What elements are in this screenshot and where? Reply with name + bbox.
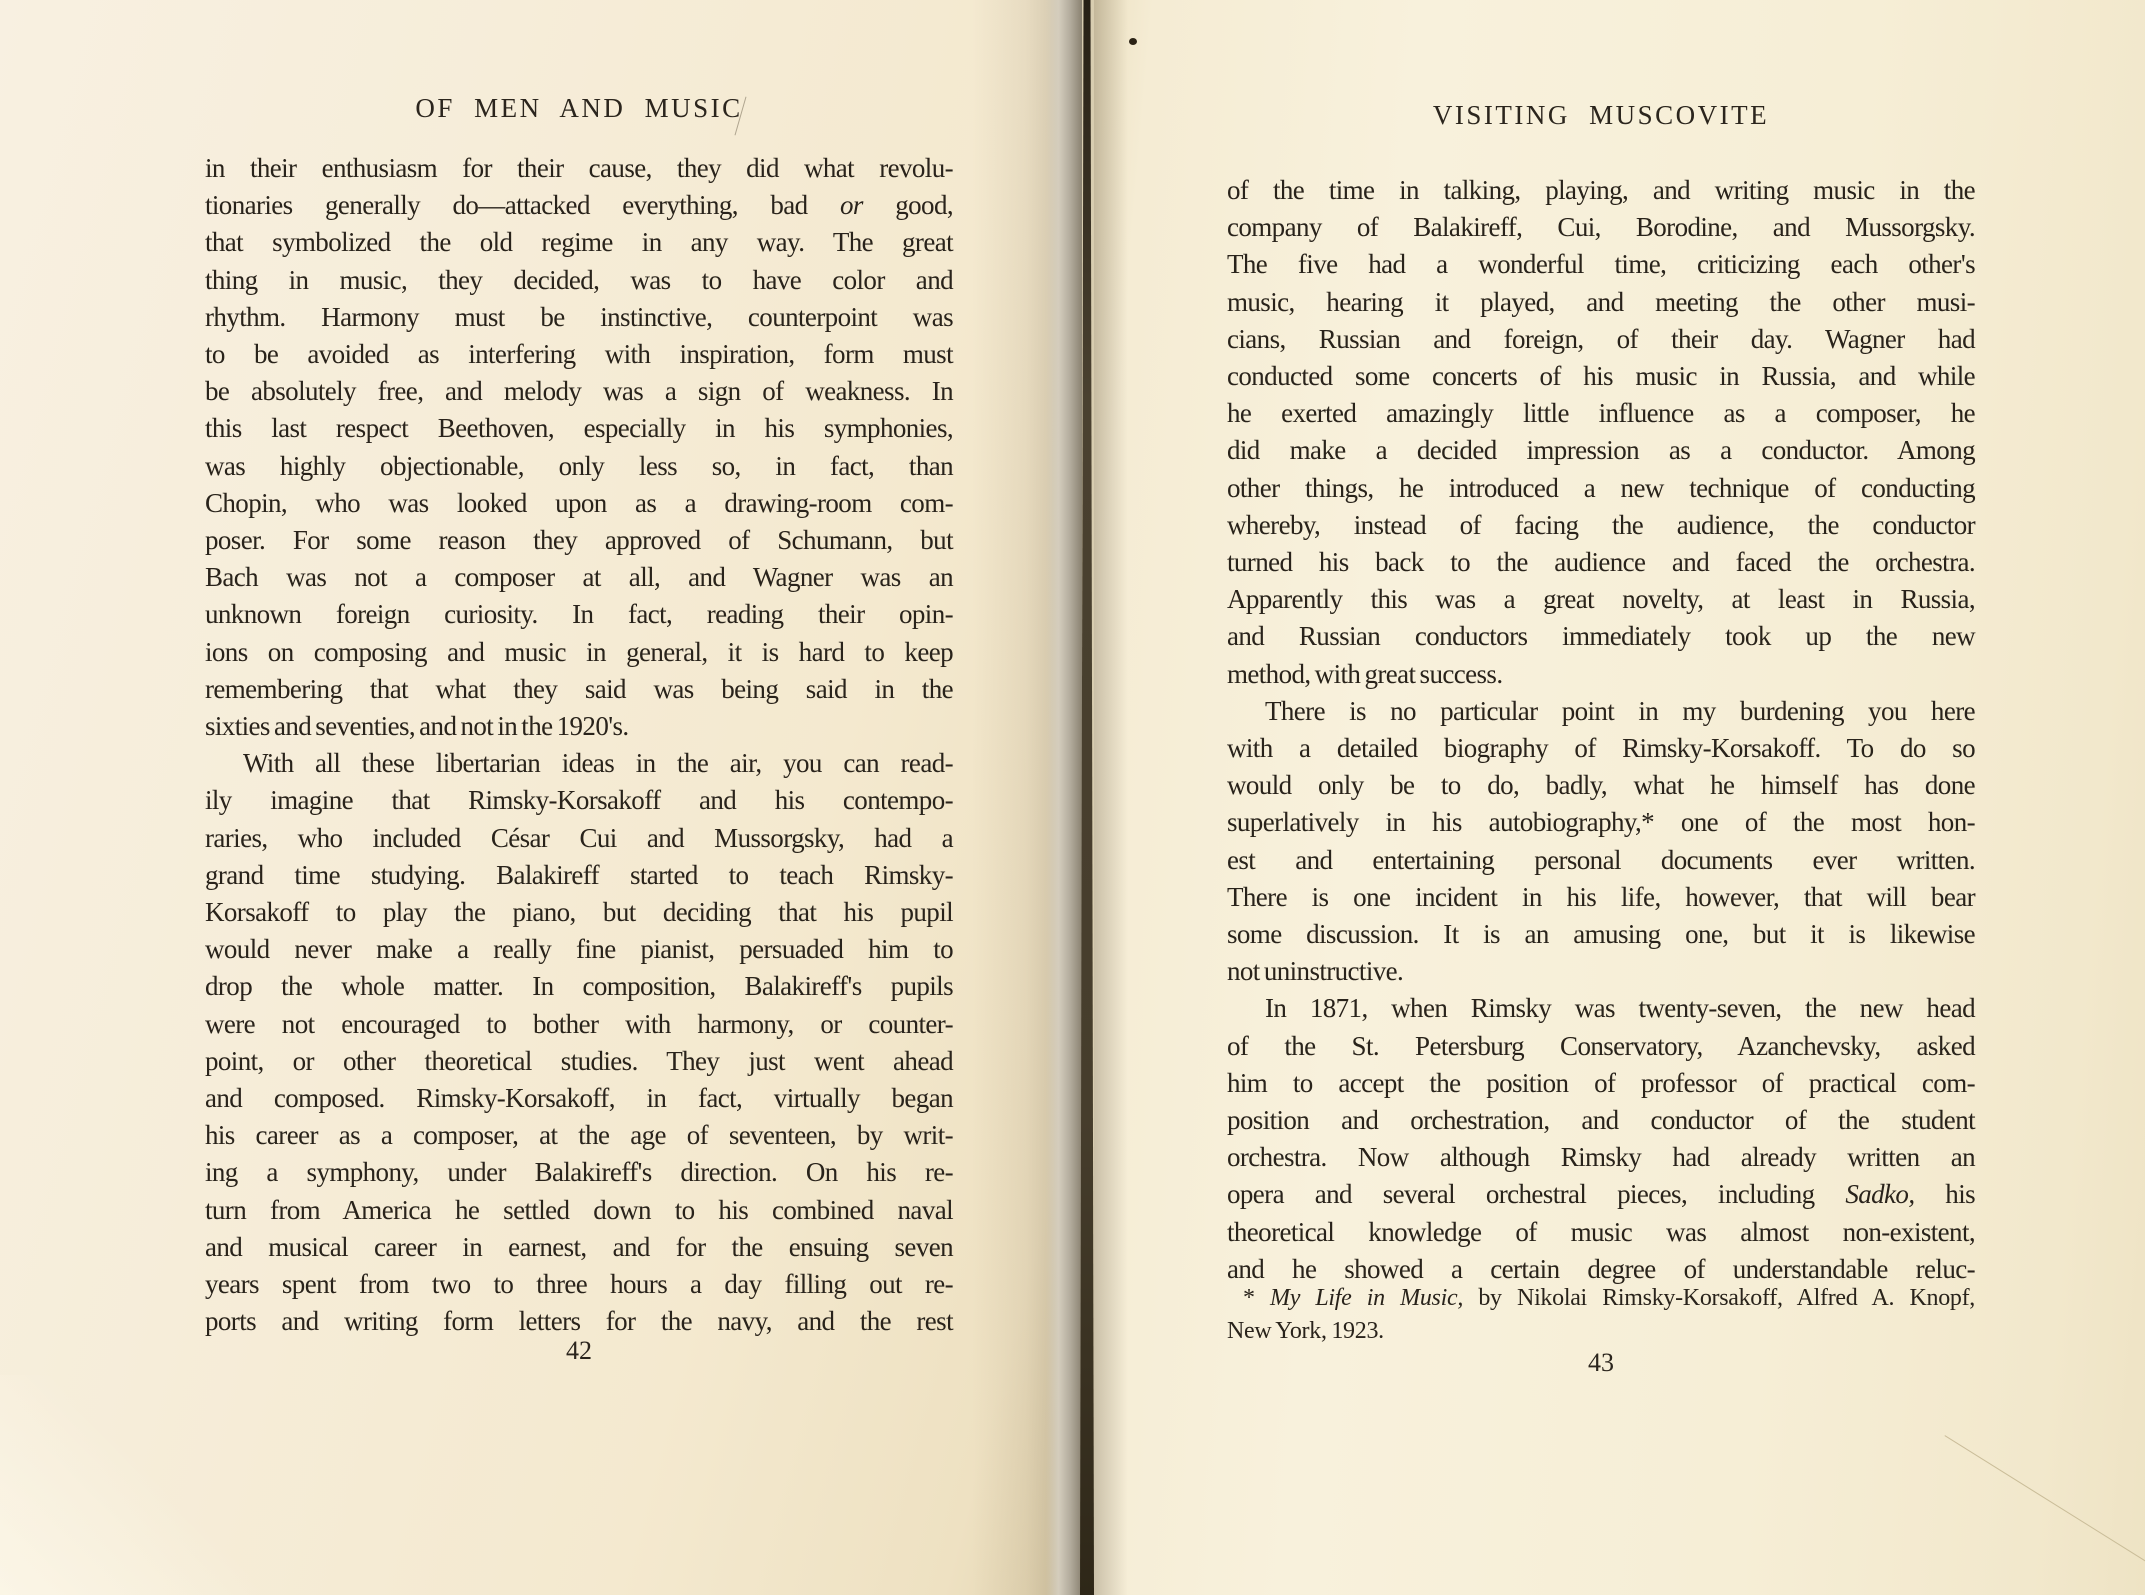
text-line: There is one incident in his life, howev… xyxy=(1227,879,1975,916)
text-line: opera and several orchestral pieces, inc… xyxy=(1227,1176,1975,1213)
book-spine-shadow xyxy=(1080,0,1094,1595)
text-line: unknown foreign curiosity. In fact, read… xyxy=(205,596,953,633)
text-line: orchestra. Now although Rimsky had alrea… xyxy=(1227,1139,1975,1176)
text-line: were not encouraged to bother with harmo… xyxy=(205,1006,953,1043)
text-line: this last respect Beethoven, especially … xyxy=(205,410,953,447)
footnote: * My Life in Music, by Nikolai Rimsky-Ko… xyxy=(1227,1282,1975,1348)
left-page-text: in their enthusiasm for their cause, the… xyxy=(205,150,953,1341)
left-page-number: 42 xyxy=(205,1336,953,1366)
text-line: grand time studying. Balakireff started … xyxy=(205,857,953,894)
text-line: method, with great success. xyxy=(1227,656,1975,693)
text-line: cians, Russian and foreign, of their day… xyxy=(1227,321,1975,358)
left-running-header: OF MEN AND MUSIC xyxy=(205,93,953,124)
text-line: not uninstructive. xyxy=(1227,953,1975,990)
text-line: his career as a composer, at the age of … xyxy=(205,1117,953,1154)
text-line: of the time in talking, playing, and wri… xyxy=(1227,172,1975,209)
right-running-header: VISITING MUSCOVITE xyxy=(1227,100,1975,131)
right-page-number: 43 xyxy=(1227,1348,1975,1378)
text-line: ions on composing and music in general, … xyxy=(205,634,953,671)
text-line: thing in music, they decided, was to hav… xyxy=(205,262,953,299)
text-line: rhythm. Harmony must be instinctive, cou… xyxy=(205,299,953,336)
text-line: that symbolized the old regime in any wa… xyxy=(205,224,953,261)
text-line: point, or other theoretical studies. The… xyxy=(205,1043,953,1080)
text-line: conducted some concerts of his music in … xyxy=(1227,358,1975,395)
text-line: theoretical knowledge of music was almos… xyxy=(1227,1214,1975,1251)
text-line: remembering that what they said was bein… xyxy=(205,671,953,708)
book-spread: OF MEN AND MUSIC in their enthusiasm for… xyxy=(0,0,2145,1595)
text-line: drop the whole matter. In composition, B… xyxy=(205,968,953,1005)
text-line: music, hearing it played, and meeting th… xyxy=(1227,284,1975,321)
text-line: whereby, instead of facing the audience,… xyxy=(1227,507,1975,544)
text-line: would only be to do, badly, what he hims… xyxy=(1227,767,1975,804)
text-line: company of Balakireff, Cui, Borodine, an… xyxy=(1227,209,1975,246)
text-line: him to accept the position of professor … xyxy=(1227,1065,1975,1102)
text-line: raries, who included César Cui and Musso… xyxy=(205,820,953,857)
text-line: There is no particular point in my burde… xyxy=(1227,693,1975,730)
text-line: position and orchestration, and conducto… xyxy=(1227,1102,1975,1139)
text-line: poser. For some reason they approved of … xyxy=(205,522,953,559)
text-line: did make a decided impression as a condu… xyxy=(1227,432,1975,469)
text-line: in their enthusiasm for their cause, the… xyxy=(205,150,953,187)
page-edge-deckle xyxy=(1046,0,1082,1595)
text-line: Bach was not a composer at all, and Wagn… xyxy=(205,559,953,596)
text-line: With all these libertarian ideas in the … xyxy=(205,745,953,782)
text-line: was highly objectionable, only less so, … xyxy=(205,448,953,485)
text-line: The five had a wonderful time, criticizi… xyxy=(1227,246,1975,283)
text-line: * My Life in Music, by Nikolai Rimsky-Ko… xyxy=(1227,1282,1975,1315)
text-line: and musical career in earnest, and for t… xyxy=(205,1229,953,1266)
text-line: tionaries generally do—attacked everythi… xyxy=(205,187,953,224)
text-line: est and entertaining personal documents … xyxy=(1227,842,1975,879)
text-line: ing a symphony, under Balakireff's direc… xyxy=(205,1154,953,1191)
text-line: New York, 1923. xyxy=(1227,1315,1975,1348)
text-line: some discussion. It is an amusing one, b… xyxy=(1227,916,1975,953)
text-line: of the St. Petersburg Conservatory, Azan… xyxy=(1227,1028,1975,1065)
text-line: In 1871, when Rimsky was twenty-seven, t… xyxy=(1227,990,1975,1027)
text-line: with a detailed biography of Rimsky-Kors… xyxy=(1227,730,1975,767)
text-line: ports and writing form letters for the n… xyxy=(205,1303,953,1340)
text-line: ily imagine that Rimsky-Korsakoff and hi… xyxy=(205,782,953,819)
ink-speck xyxy=(1129,38,1137,45)
text-line: sixties and seventies, and not in the 19… xyxy=(205,708,953,745)
text-line: Apparently this was a great novelty, at … xyxy=(1227,581,1975,618)
right-page-text: of the time in talking, playing, and wri… xyxy=(1227,172,1975,1288)
text-line: turn from America he settled down to his… xyxy=(205,1192,953,1229)
text-line: turned his back to the audience and face… xyxy=(1227,544,1975,581)
text-line: be absolutely free, and melody was a sig… xyxy=(205,373,953,410)
text-line: he exerted amazingly little influence as… xyxy=(1227,395,1975,432)
text-line: years spent from two to three hours a da… xyxy=(205,1266,953,1303)
text-line: superlatively in his autobiography,* one… xyxy=(1227,804,1975,841)
text-line: would never make a really fine pianist, … xyxy=(205,931,953,968)
text-line: and Russian conductors immediately took … xyxy=(1227,618,1975,655)
text-line: other things, he introduced a new techni… xyxy=(1227,470,1975,507)
text-line: and composed. Rimsky-Korsakoff, in fact,… xyxy=(205,1080,953,1117)
text-line: Chopin, who was looked upon as a drawing… xyxy=(205,485,953,522)
text-line: to be avoided as interfering with inspir… xyxy=(205,336,953,373)
text-line: Korsakoff to play the piano, but decidin… xyxy=(205,894,953,931)
